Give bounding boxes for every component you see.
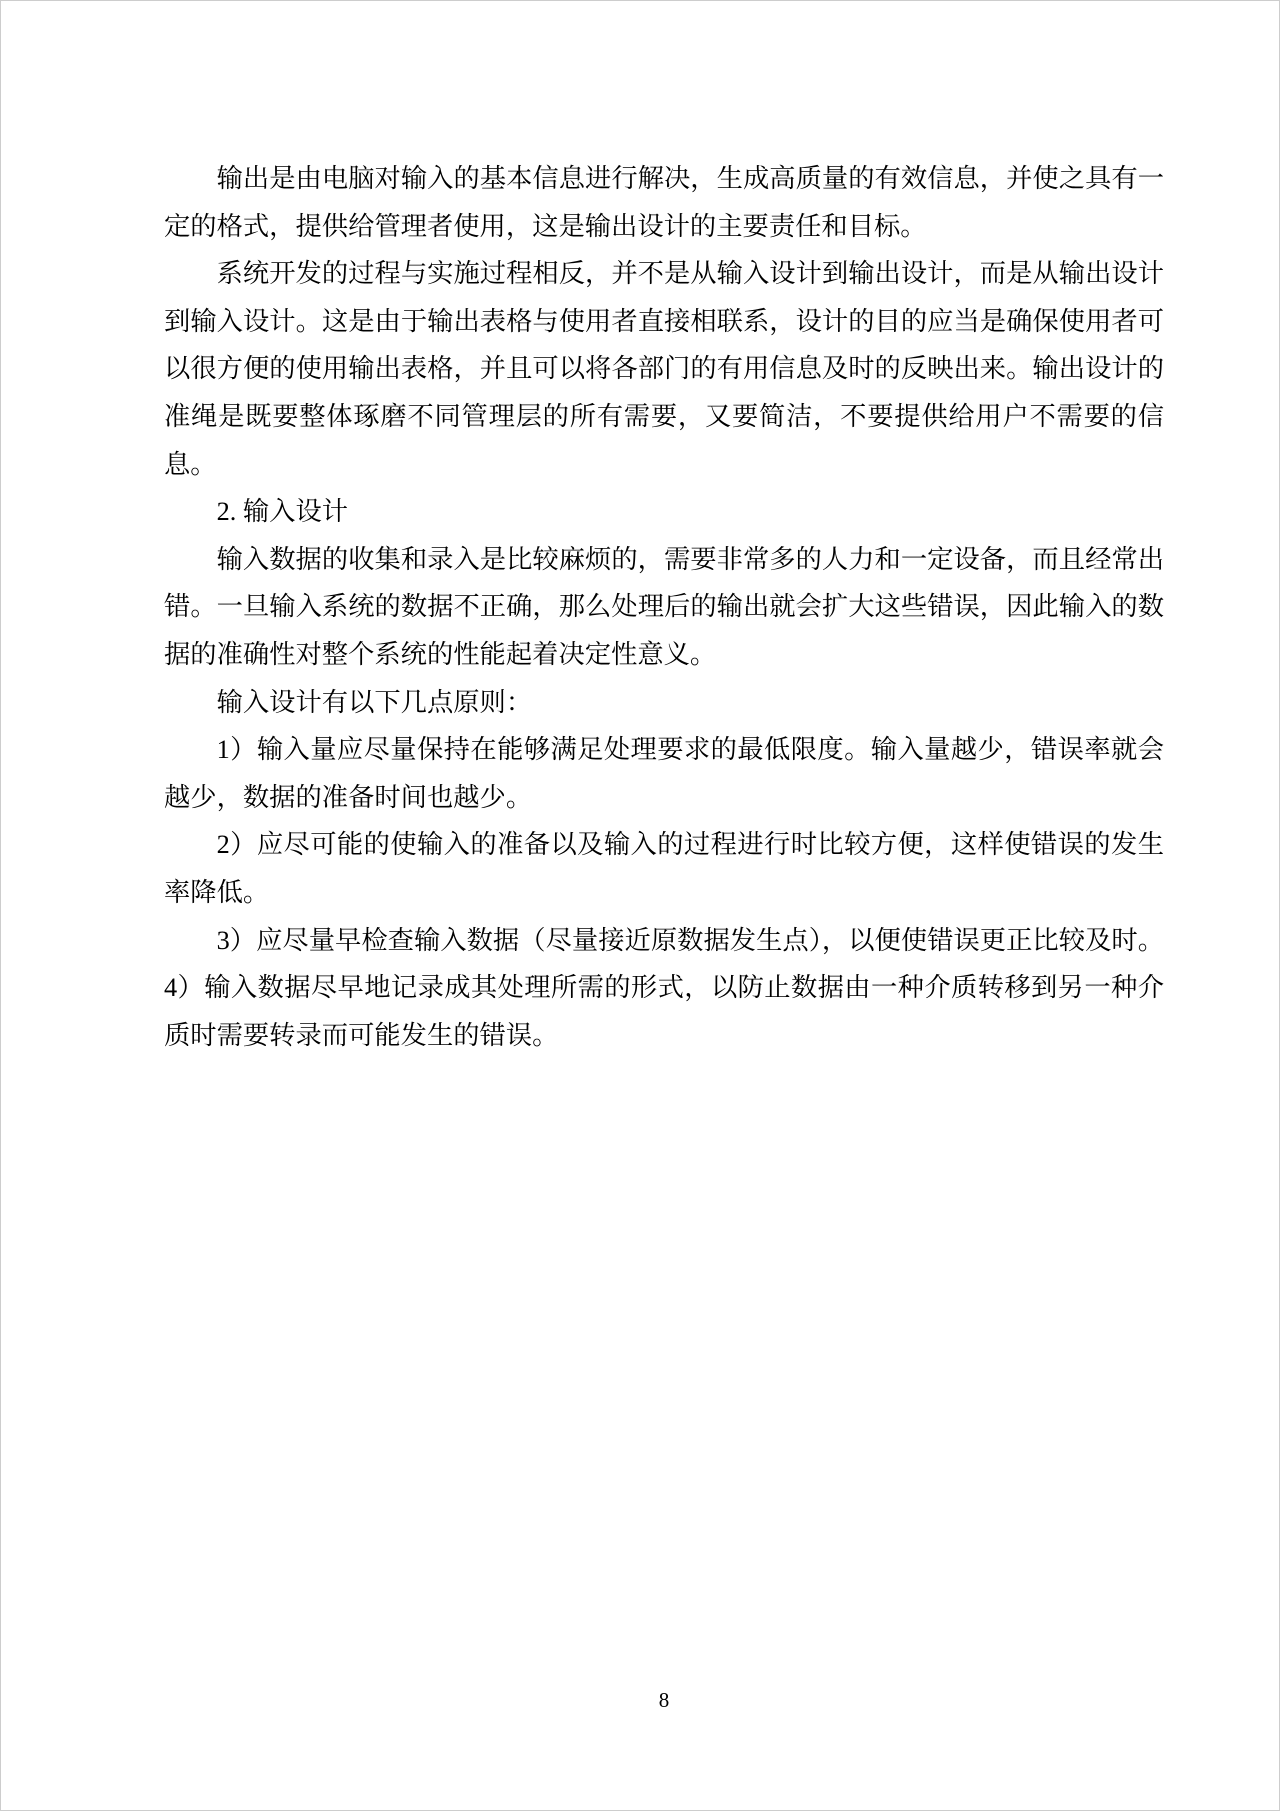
body-paragraph: 输入数据的收集和录入是比较麻烦的，需要非常多的人力和一定设备，而且经常出错。一旦… <box>164 536 1164 679</box>
list-item-paragraph: 3）应尽量早检查输入数据（尽量接近原数据发生点），以便使错误更正比较及时。4）输… <box>164 917 1164 1060</box>
list-item-paragraph: 2）应尽可能的使输入的准备以及输入的过程进行时比较方便，这样使错误的发生率降低。 <box>164 821 1164 916</box>
document-page: 输出是由电脑对输入的基本信息进行解决，生成高质量的有效信息，并使之具有一定的格式… <box>0 0 1280 1811</box>
page-footer: 8 <box>164 1687 1164 1713</box>
page-number: 8 <box>659 1688 670 1712</box>
body-paragraph: 系统开发的过程与实施过程相反，并不是从输入设计到输出设计，而是从输出设计到输入设… <box>164 250 1164 488</box>
list-item-paragraph: 1）输入量应尽量保持在能够满足处理要求的最低限度。输入量越少，错误率就会越少，数… <box>164 726 1164 821</box>
section-heading: 2. 输入设计 <box>164 488 1164 536</box>
body-paragraph: 输出是由电脑对输入的基本信息进行解决，生成高质量的有效信息，并使之具有一定的格式… <box>164 155 1164 250</box>
document-body: 输出是由电脑对输入的基本信息进行解决，生成高质量的有效信息，并使之具有一定的格式… <box>164 155 1164 1059</box>
body-paragraph: 输入设计有以下几点原则： <box>164 679 1164 727</box>
